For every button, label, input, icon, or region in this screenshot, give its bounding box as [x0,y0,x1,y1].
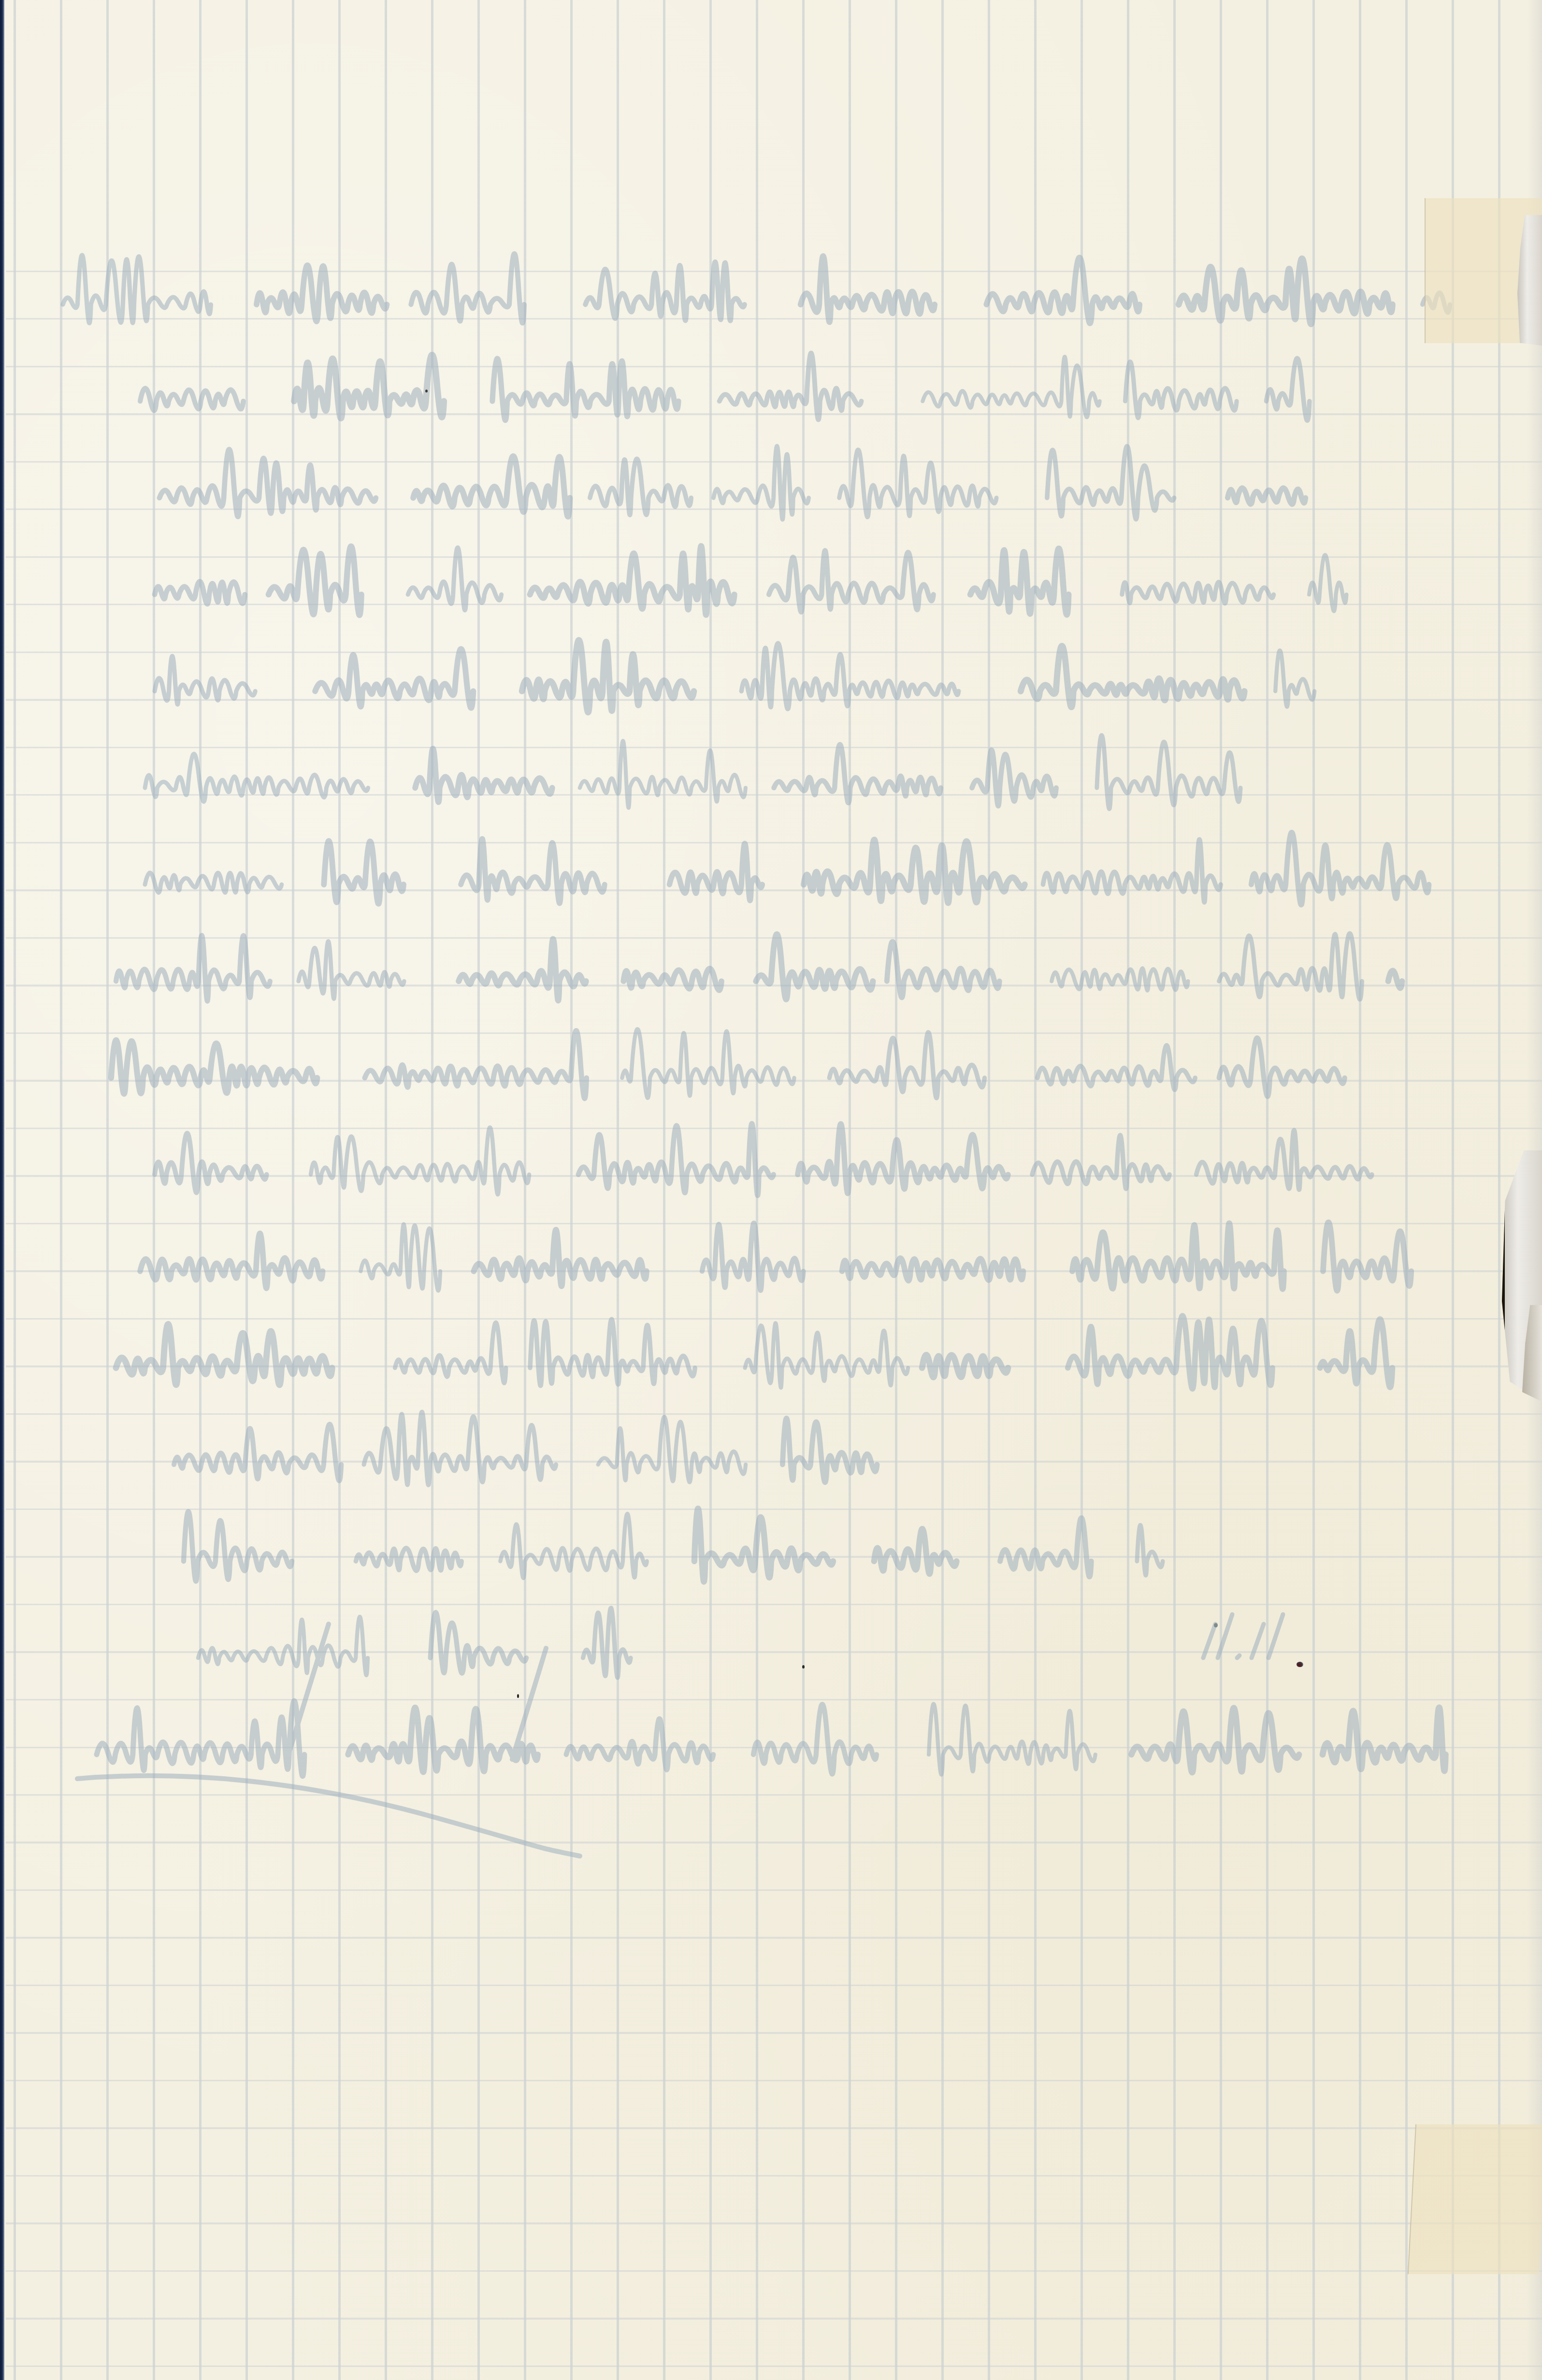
ink-speck [802,1665,805,1669]
ink-speck [1297,1662,1303,1667]
tape-bottom-right [1408,2124,1542,2274]
ink-speck [1214,1623,1218,1627]
ink-speck [425,390,428,392]
scan-edge-left [0,0,4,2380]
horizontal-rules [6,271,1542,2380]
letter-page: Ruled cream notepaper showing faint mirr… [0,0,1542,2380]
ink-speck [517,1694,519,1698]
